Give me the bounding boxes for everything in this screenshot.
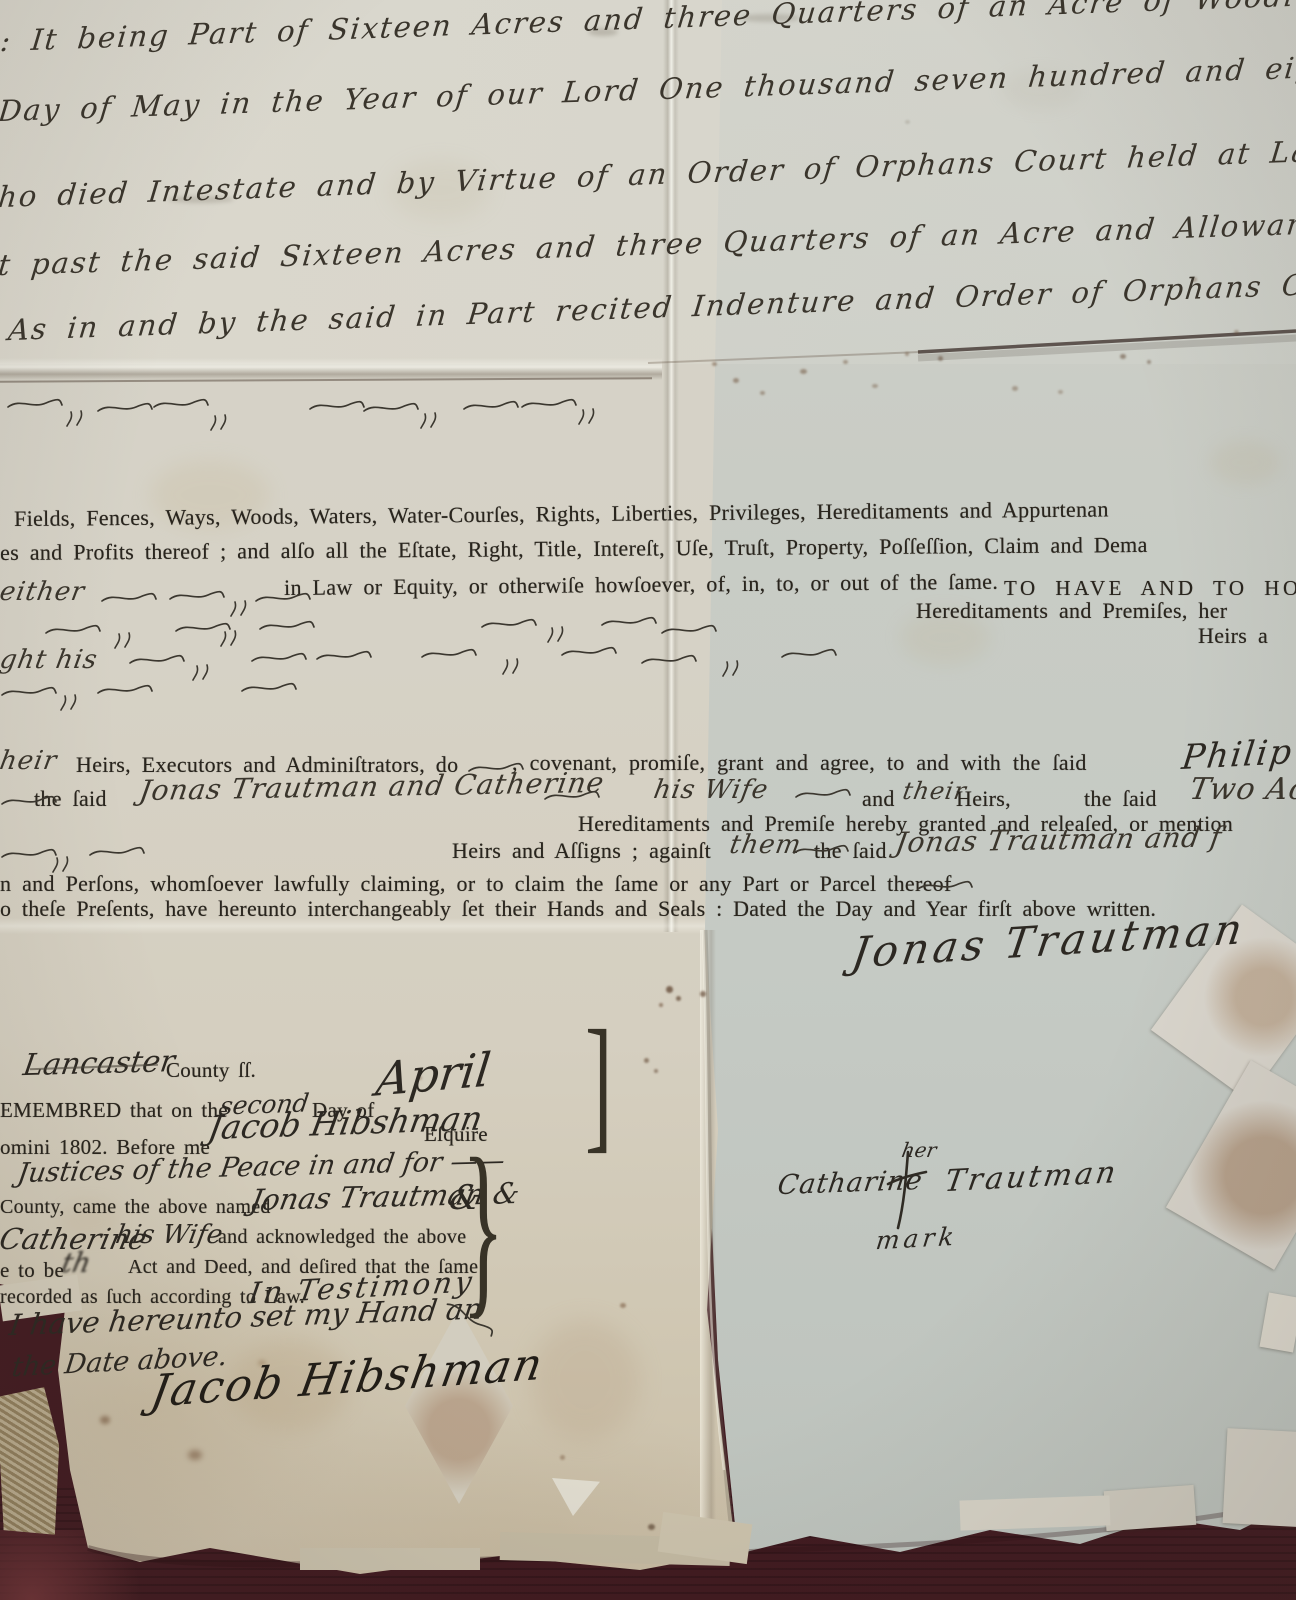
pen-flourish <box>50 856 74 879</box>
stain <box>1210 440 1280 485</box>
stain <box>644 1058 649 1063</box>
pen-flourish <box>780 646 838 667</box>
printed-heirs-a: Heirs a <box>1198 623 1268 648</box>
pen-flourish <box>100 590 158 611</box>
printed-to-have-and-to-hold: TO HAVE AND TO HO <box>1004 576 1296 600</box>
bottom-sliver-3 <box>300 1548 480 1570</box>
script-heir: heir <box>0 747 59 776</box>
pen-flourish <box>96 682 154 703</box>
stain <box>872 384 878 388</box>
pen-flourish <box>88 844 146 865</box>
pen-flourish <box>576 408 600 431</box>
stain <box>938 356 943 361</box>
pen-flourish <box>660 622 718 643</box>
stain <box>666 986 673 993</box>
stain <box>1120 354 1126 359</box>
printed-persons-claiming: n and Perſons, whomſoever lawfully claim… <box>0 871 952 896</box>
pen-flourish <box>208 414 232 437</box>
stain <box>1147 360 1151 364</box>
pen-flourish <box>543 788 601 809</box>
catherine-cross-mark <box>884 1148 930 1234</box>
pen-flourish <box>520 396 578 417</box>
pen-flourish <box>0 684 58 705</box>
notary-his-wife: his Wife <box>113 1220 225 1250</box>
stain <box>188 1450 202 1460</box>
document-photo: : It being Part of Sixteen Acres and thr… <box>0 0 1296 1600</box>
pen-flourish <box>480 616 538 637</box>
printed-heirs-the-said: Heirs, <box>956 786 1011 811</box>
pen-flourish <box>308 398 366 419</box>
pen-flourish <box>467 760 525 781</box>
pen-flourish <box>560 644 618 665</box>
stain <box>905 120 910 124</box>
pen-flourish <box>794 786 852 807</box>
script-his-wife: his Wife <box>651 776 770 805</box>
notary-bracket-curly: } <box>462 1140 504 1316</box>
pen-flourish <box>462 398 520 419</box>
notary-april: April <box>373 1042 493 1107</box>
stain <box>800 369 807 374</box>
pen-flourish <box>128 652 186 673</box>
bottom-tab-2 <box>1223 1428 1296 1527</box>
notary-acknowledged: and acknowledged the above <box>218 1226 466 1249</box>
pen-flourish <box>315 648 373 669</box>
pen-flourish <box>152 396 210 417</box>
printed-the-said-2: the ſaid <box>1084 786 1157 811</box>
pen-flourish <box>58 694 82 717</box>
stain <box>1058 390 1063 394</box>
notary-county-ss: County ſſ. <box>166 1058 256 1082</box>
notary-bracket-square: ] <box>585 1016 612 1151</box>
pen-flourish <box>190 664 214 687</box>
script-jonas-trautman-and: Jonas Trautman and f <box>893 822 1224 859</box>
pen-flourish <box>418 412 442 435</box>
pen-flourish <box>168 588 226 609</box>
pen-flourish <box>44 622 102 643</box>
stain <box>560 1455 565 1460</box>
stain <box>843 360 848 364</box>
pen-flourish <box>640 652 698 673</box>
pen-flourish <box>420 646 478 667</box>
bottom-tab-3 <box>960 1495 1111 1530</box>
pen-flourish <box>258 618 316 639</box>
stain <box>676 996 681 1001</box>
pen-flourish <box>96 400 154 421</box>
stain <box>700 991 706 997</box>
pen-flourish <box>250 650 308 671</box>
pen-flourish <box>500 658 524 681</box>
notary-remembered: EMEMBRED that on the <box>0 1098 228 1122</box>
bottom-tab-1 <box>1104 1485 1197 1531</box>
printed-and: and <box>862 786 895 811</box>
stain <box>760 391 765 395</box>
stain <box>905 352 909 356</box>
pen-flourish <box>600 614 658 635</box>
pen-flourish <box>916 878 974 899</box>
stain <box>659 1003 663 1007</box>
stain <box>654 1069 658 1073</box>
printed-hereditaments-premises: Hereditaments and Premiſes, her <box>916 598 1227 623</box>
notary-county-came: County, came the above named <box>0 1196 271 1219</box>
script-ght-his: ght his <box>0 646 100 675</box>
pen-flourish <box>64 410 88 433</box>
pen-flourish <box>362 400 420 421</box>
catherine-mark-label: mark <box>874 1222 959 1256</box>
pen-flourish <box>0 793 58 814</box>
printed-hands-and-seals: o theſe Preſents, have hereunto intercha… <box>0 896 1156 921</box>
pen-flourish <box>240 680 298 701</box>
pen-flourish <box>720 660 744 683</box>
stain <box>712 362 717 366</box>
pen-flourish <box>218 630 242 653</box>
stain <box>1012 386 1018 391</box>
stain <box>648 1524 655 1530</box>
pen-flourish <box>792 842 850 863</box>
stain <box>733 378 739 383</box>
pen-flourish <box>6 396 64 417</box>
notary-e-to-be: e to be <box>0 1258 64 1282</box>
stain <box>620 1303 626 1308</box>
printed-heirs-assigns: Heirs and Aſſigns ; againſt <box>452 838 711 863</box>
script-two-acres: Two Ac <box>1187 773 1296 806</box>
script-either: either <box>0 578 87 607</box>
pen-flourish <box>254 590 312 611</box>
stain <box>100 1416 110 1424</box>
stain <box>1234 330 1239 334</box>
